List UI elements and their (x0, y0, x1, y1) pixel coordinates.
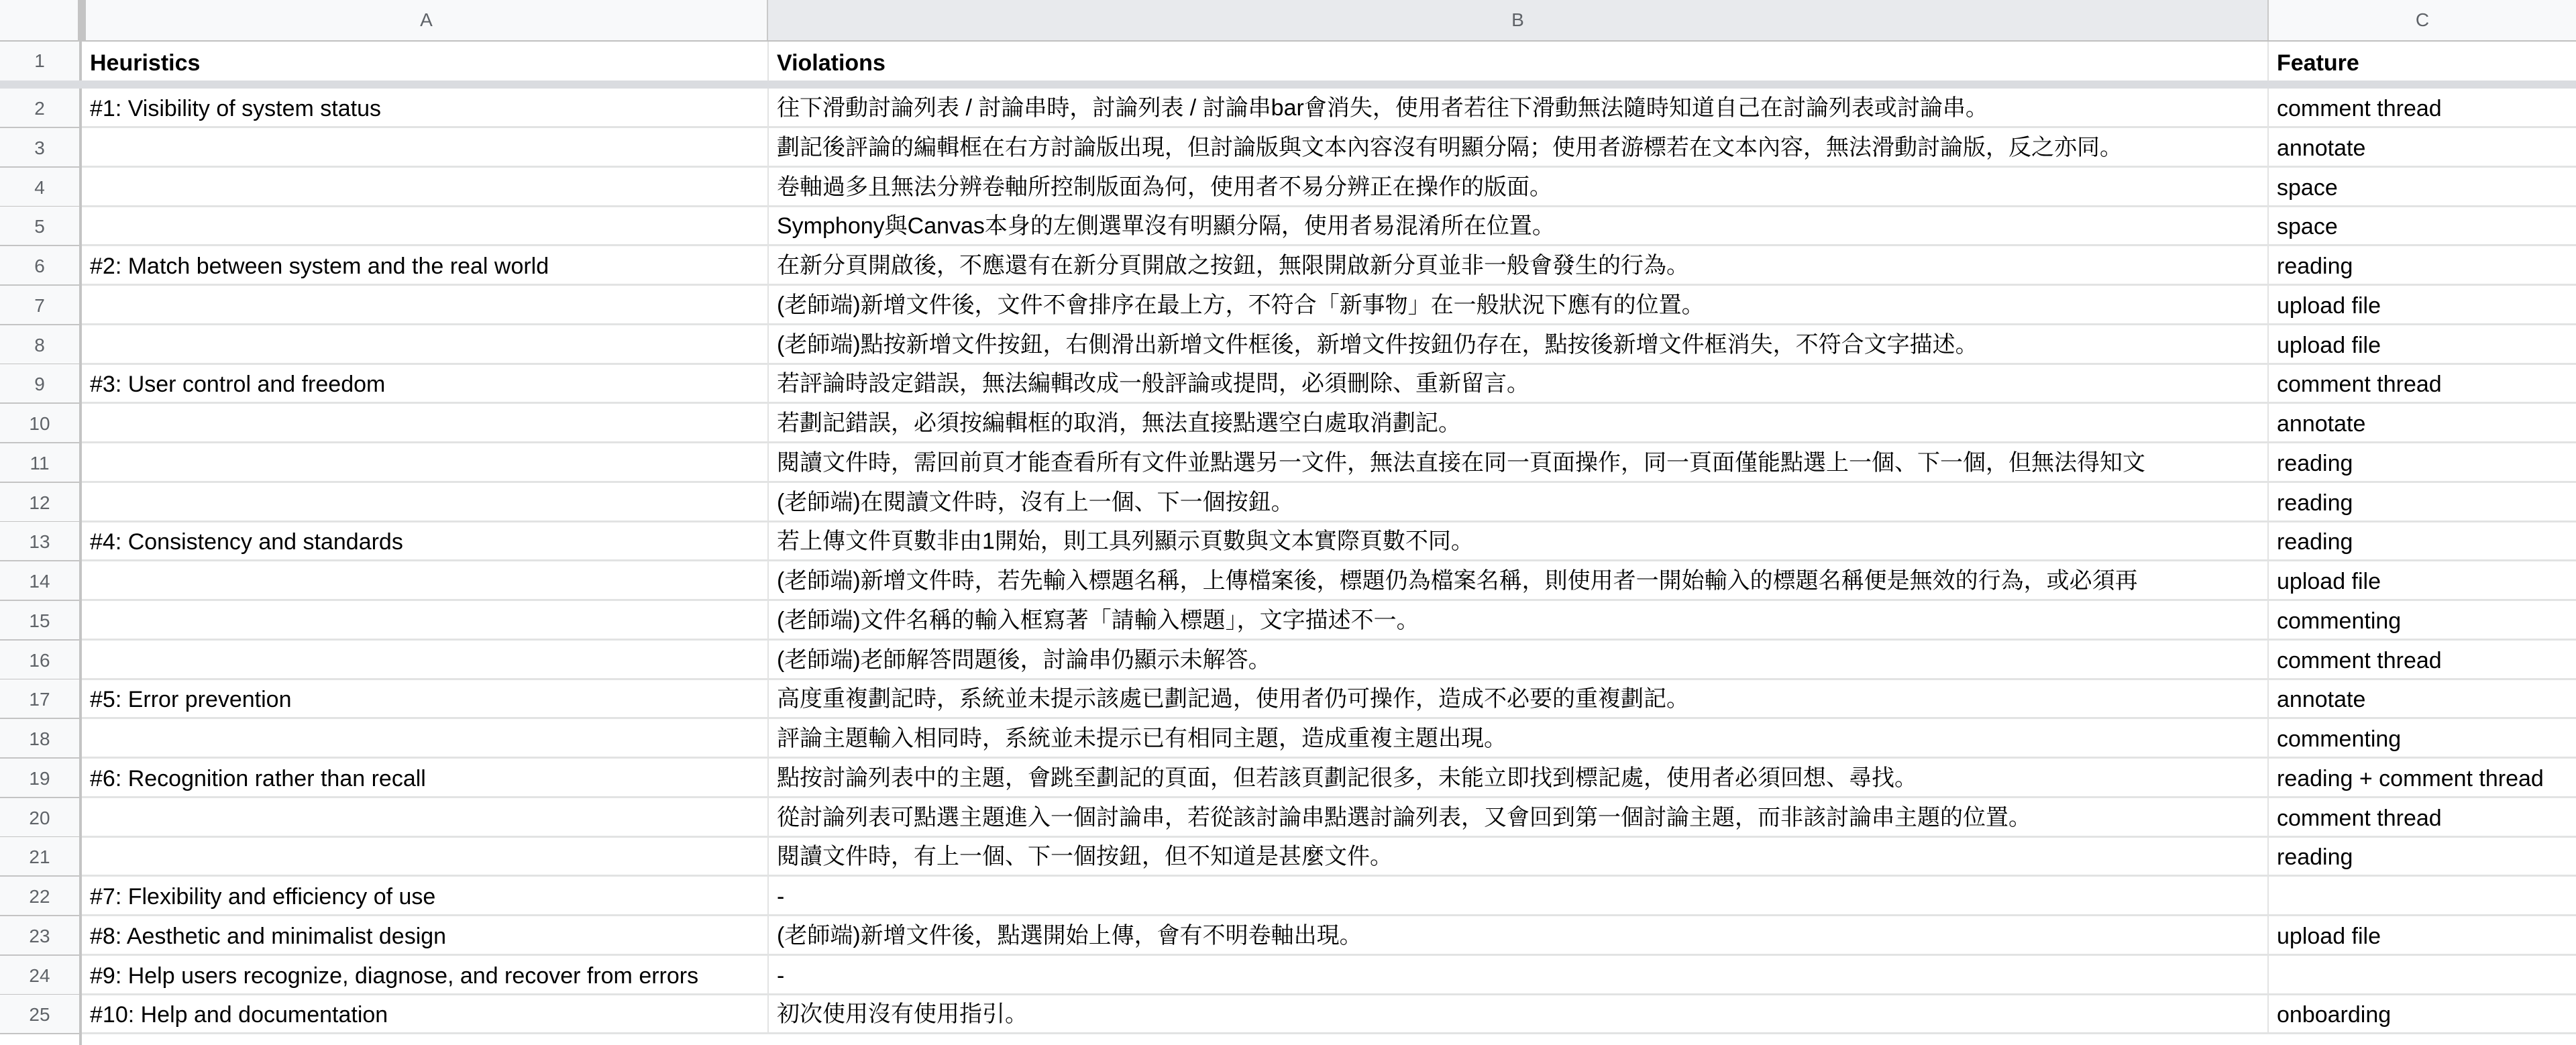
frozen-row-divider[interactable] (0, 80, 2576, 89)
select-all-corner[interactable] (0, 0, 79, 40)
cell-feature[interactable]: annotate (2269, 128, 2576, 166)
cell-heuristic[interactable]: #1: Visibility of system status (82, 89, 769, 126)
table-row: 劃記後評論的編輯框在右方討論版出現，但討論版與文本內容沒有明顯分隔；使用者游標若… (82, 128, 2576, 168)
table-row: 評論主題輸入相同時，系統並未提示已有相同主題，造成重複主題出現。commenti… (82, 719, 2576, 759)
table-row: #9: Help users recognize, diagnose, and … (82, 956, 2576, 995)
cell-feature[interactable]: reading (2269, 443, 2576, 481)
row-header[interactable]: 18 (0, 719, 79, 759)
cell-violation[interactable]: 劃記後評論的編輯框在右方討論版出現，但討論版與文本內容沒有明顯分隔；使用者游標若… (769, 128, 2269, 166)
table-row: #6: Recognition rather than recall點按討論列表… (82, 759, 2576, 798)
cell-violation[interactable]: - (769, 956, 2269, 993)
row-header[interactable]: 12 (0, 483, 79, 522)
row-header[interactable]: 14 (0, 561, 79, 601)
cell-heuristic[interactable] (82, 128, 769, 166)
row-header[interactable]: 22 (0, 877, 79, 916)
cell-violation[interactable]: 若劃記錯誤，必須按編輯框的取消，無法直接點選空白處取消劃記。 (769, 404, 2269, 441)
cell-heuristic[interactable]: #6: Recognition rather than recall (82, 759, 769, 796)
cell-heuristic[interactable] (82, 168, 769, 205)
cell-feature[interactable]: upload file (2269, 286, 2576, 323)
cell-violation[interactable]: (老師端)老師解答問題後，討論串仍顯示未解答。 (769, 641, 2269, 678)
cell-heuristic[interactable] (82, 798, 769, 836)
frozen-column-handle[interactable] (78, 0, 86, 42)
column-header-c[interactable]: C (2269, 0, 2576, 40)
cell-violation[interactable]: 卷軸過多且無法分辨卷軸所控制版面為何，使用者不易分辨正在操作的版面。 (769, 168, 2269, 205)
table-row: 閱讀文件時，有上一個、下一個按鈕，但不知道是甚麼文件。reading (82, 837, 2576, 877)
cell-feature[interactable]: comment thread (2269, 364, 2576, 402)
cell-violation[interactable]: 高度重複劃記時，系統並未提示該處已劃記過，使用者仍可操作，造成不必要的重複劃記。 (769, 679, 2269, 717)
cell-feature[interactable]: space (2269, 207, 2576, 244)
header-cell-feature[interactable]: Feature (2269, 42, 2576, 80)
cell-feature[interactable]: reading (2269, 246, 2576, 284)
table-row: (老師端)老師解答問題後，討論串仍顯示未解答。comment thread (82, 641, 2576, 680)
header-cell-heuristics[interactable]: Heuristics (82, 42, 769, 80)
cell-heuristic[interactable] (82, 601, 769, 639)
column-header-a[interactable]: A (86, 0, 768, 40)
cell-feature[interactable]: reading (2269, 522, 2576, 559)
table-row: (老師端)文件名稱的輸入框寫著「請輸入標題」，文字描述不一。commenting (82, 601, 2576, 641)
cell-heuristic[interactable]: #7: Flexibility and efficiency of use (82, 877, 769, 914)
cell-heuristic[interactable]: #4: Consistency and standards (82, 522, 769, 559)
cell-heuristic[interactable] (82, 483, 769, 520)
cell-heuristic[interactable]: #5: Error prevention (82, 679, 769, 717)
row-header[interactable]: 15 (0, 601, 79, 641)
row-header[interactable]: 9 (0, 364, 79, 404)
spreadsheet-grid: A B C 2345678910111213141516171819202122… (0, 0, 2576, 1045)
table-row: #7: Flexibility and efficiency of use- (82, 877, 2576, 916)
table-row: Symphony與Canvas本身的左側選單沒有明顯分隔，使用者易混淆所在位置。… (82, 207, 2576, 246)
table-row: #1: Visibility of system status往下滑動討論列表 … (82, 89, 2576, 128)
row-header[interactable]: 5 (0, 207, 79, 246)
cell-feature[interactable]: upload file (2269, 325, 2576, 363)
cell-heuristic[interactable] (82, 207, 769, 244)
cell-violation[interactable]: - (769, 877, 2269, 914)
cell-violation[interactable]: (老師端)在閱讀文件時，沒有上一個、下一個按鈕。 (769, 483, 2269, 520)
cell-feature[interactable]: onboarding (2269, 995, 2576, 1032)
cell-heuristic[interactable]: #9: Help users recognize, diagnose, and … (82, 956, 769, 993)
row-header-1[interactable]: 1 (0, 42, 79, 80)
header-cell-violations[interactable]: Violations (769, 42, 2269, 80)
row-header[interactable]: 25 (0, 995, 79, 1034)
cell-feature[interactable]: commenting (2269, 601, 2576, 639)
cell-violation[interactable]: 若上傳文件頁數非由1開始，則工具列顯示頁數與文本實際頁數不同。 (769, 522, 2269, 559)
table-row: #10: Help and documentation初次使用沒有使用指引。on… (82, 995, 2576, 1034)
cell-feature[interactable]: reading + comment thread (2269, 759, 2576, 796)
table-row: #4: Consistency and standards若上傳文件頁數非由1開… (82, 522, 2576, 561)
cell-heuristic[interactable] (82, 561, 769, 599)
row-header[interactable]: 8 (0, 325, 79, 365)
row-header[interactable]: 20 (0, 798, 79, 838)
cell-feature[interactable]: comment thread (2269, 89, 2576, 126)
cell-heuristic[interactable]: #3: User control and freedom (82, 364, 769, 402)
cell-feature[interactable]: space (2269, 168, 2576, 205)
row-header[interactable]: 19 (0, 759, 79, 798)
cell-feature[interactable]: upload file (2269, 916, 2576, 954)
cell-feature[interactable] (2269, 956, 2576, 993)
cell-violation[interactable]: 若評論時設定錯誤，無法編輯改成一般評論或提問，必須刪除、重新留言。 (769, 364, 2269, 402)
cell-violation[interactable]: 在新分頁開啟後，不應還有在新分頁開啟之按鈕，無限開啟新分頁並非一般會發生的行為。 (769, 246, 2269, 284)
cell-violation[interactable]: Symphony與Canvas本身的左側選單沒有明顯分隔，使用者易混淆所在位置。 (769, 207, 2269, 244)
cell-violation[interactable]: (老師端)新增文件時，若先輸入標題名稱，上傳檔案後，標題仍為檔案名稱，則使用者一… (769, 561, 2269, 599)
row-header[interactable]: 2 (0, 89, 79, 128)
row-header[interactable]: 3 (0, 128, 79, 168)
table-row: #2: Match between system and the real wo… (82, 246, 2576, 286)
cell-feature[interactable] (2269, 877, 2576, 914)
row-header[interactable]: 24 (0, 956, 79, 995)
cell-violation[interactable]: (老師端)點按新增文件按鈕，右側滑出新增文件框後，新增文件按鈕仍存在，點按後新增… (769, 325, 2269, 363)
cell-heuristic[interactable] (82, 404, 769, 441)
row-header[interactable]: 13 (0, 522, 79, 561)
cell-heuristic[interactable] (82, 325, 769, 363)
cell-violation[interactable]: 初次使用沒有使用指引。 (769, 995, 2269, 1032)
cell-heuristic[interactable] (82, 641, 769, 678)
cell-heuristic[interactable]: #8: Aesthetic and minimalist design (82, 916, 769, 954)
header-row: Heuristics Violations Feature (82, 42, 2576, 80)
table-row: (老師端)點按新增文件按鈕，右側滑出新增文件框後，新增文件按鈕仍存在，點按後新增… (82, 325, 2576, 365)
row-header[interactable]: 16 (0, 641, 79, 680)
cell-violation[interactable]: (老師端)新增文件後，文件不會排序在最上方，不符合「新事物」在一般狀況下應有的位… (769, 286, 2269, 323)
cell-heuristic[interactable]: #2: Match between system and the real wo… (82, 246, 769, 284)
row-header[interactable]: 6 (0, 246, 79, 286)
cell-violation[interactable]: 閱讀文件時，需回前頁才能查看所有文件並點選另一文件，無法直接在同一頁面操作，同一… (769, 443, 2269, 481)
table-row: (老師端)新增文件後，文件不會排序在最上方，不符合「新事物」在一般狀況下應有的位… (82, 286, 2576, 325)
cell-feature[interactable]: annotate (2269, 679, 2576, 717)
cell-feature[interactable]: reading (2269, 483, 2576, 520)
row-header[interactable]: 21 (0, 837, 79, 877)
cell-violation[interactable]: (老師端)文件名稱的輸入框寫著「請輸入標題」，文字描述不一。 (769, 601, 2269, 639)
cell-feature[interactable]: commenting (2269, 719, 2576, 757)
cell-violation[interactable]: (老師端)新增文件後，點選開始上傳，會有不明卷軸出現。 (769, 916, 2269, 954)
column-header-bar: A B C (0, 0, 2576, 42)
table-row: 卷軸過多且無法分辨卷軸所控制版面為何，使用者不易分辨正在操作的版面。space (82, 168, 2576, 207)
cell-feature[interactable]: annotate (2269, 404, 2576, 441)
table-row: (老師端)在閱讀文件時，沒有上一個、下一個按鈕。reading (82, 483, 2576, 522)
table-row: 從討論列表可點選主題進入一個討論串，若從該討論串點選討論列表，又會回到第一個討論… (82, 798, 2576, 838)
cell-violation[interactable]: 從討論列表可點選主題進入一個討論串，若從該討論串點選討論列表，又會回到第一個討論… (769, 798, 2269, 836)
cell-feature[interactable]: comment thread (2269, 798, 2576, 836)
cell-heuristic[interactable]: #10: Help and documentation (82, 995, 769, 1032)
table-row: #8: Aesthetic and minimalist design(老師端)… (82, 916, 2576, 956)
row-header[interactable]: 11 (0, 443, 79, 483)
row-header[interactable]: 17 (0, 679, 79, 719)
cell-violation[interactable]: 點按討論列表中的主題，會跳至劃記的頁面，但若該頁劃記很多，未能立即找到標記處，使… (769, 759, 2269, 796)
table-row: 閱讀文件時，需回前頁才能查看所有文件並點選另一文件，無法直接在同一頁面操作，同一… (82, 443, 2576, 483)
cell-heuristic[interactable] (82, 837, 769, 875)
table-row: #3: User control and freedom若評論時設定錯誤，無法編… (82, 364, 2576, 404)
row-header[interactable]: 23 (0, 916, 79, 956)
row-header[interactable]: 7 (0, 286, 79, 325)
cell-heuristic[interactable] (82, 719, 769, 757)
column-header-b[interactable]: B (768, 0, 2269, 40)
cell-feature[interactable]: upload file (2269, 561, 2576, 599)
table-row: #5: Error prevention高度重複劃記時，系統並未提示該處已劃記過… (82, 679, 2576, 719)
table-row: (老師端)新增文件時，若先輸入標題名稱，上傳檔案後，標題仍為檔案名稱，則使用者一… (82, 561, 2576, 601)
cell-heuristic[interactable] (82, 443, 769, 481)
cell-violation[interactable]: 評論主題輸入相同時，系統並未提示已有相同主題，造成重複主題出現。 (769, 719, 2269, 757)
cell-heuristic[interactable] (82, 286, 769, 323)
cell-violation[interactable]: 閱讀文件時，有上一個、下一個按鈕，但不知道是甚麼文件。 (769, 837, 2269, 875)
cell-feature[interactable]: reading (2269, 837, 2576, 875)
cell-feature[interactable]: comment thread (2269, 641, 2576, 678)
cell-violation[interactable]: 往下滑動討論列表 / 討論串時，討論列表 / 討論串bar會消失，使用者若往下滑… (769, 89, 2269, 126)
row-header[interactable]: 10 (0, 404, 79, 443)
table-row: 若劃記錯誤，必須按編輯框的取消，無法直接點選空白處取消劃記。annotate (82, 404, 2576, 443)
row-header[interactable]: 4 (0, 168, 79, 207)
